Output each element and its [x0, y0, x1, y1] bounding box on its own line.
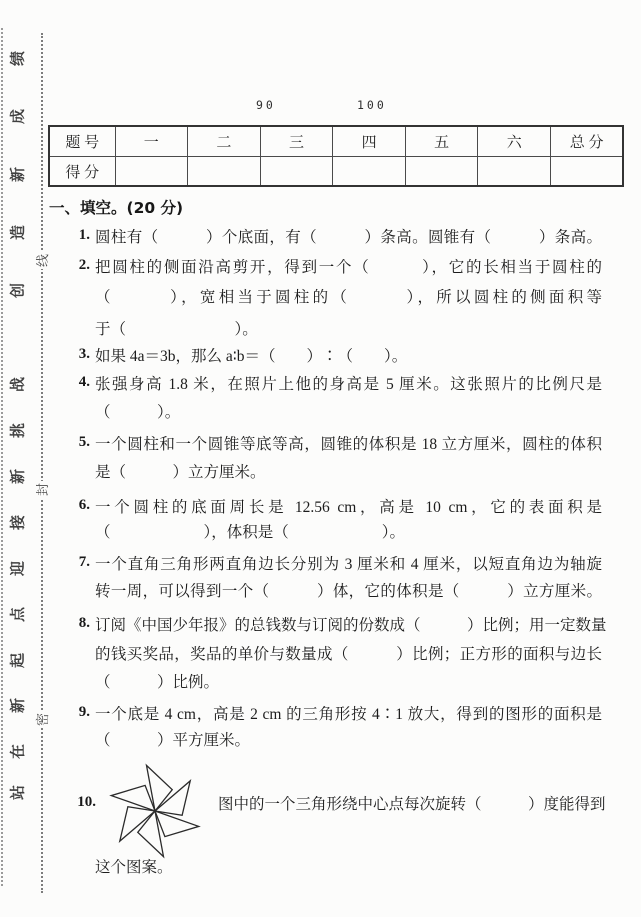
margin-slogan-char: 迎 — [7, 558, 28, 580]
margin-slogan-char: 在 — [7, 741, 28, 763]
question-line: （ ），宽相当于圆柱的（ ），所以圆柱的侧面积等 — [95, 287, 602, 309]
score-table-header-cell: 总 分 — [551, 126, 624, 157]
margin-slogan-char: 起 — [7, 650, 28, 672]
score-table-score-row: 得 分 — [49, 157, 623, 187]
question-line: 圆柱有（ ）个底面，有（ ）条高。圆锥有（ ）条高。 — [95, 227, 602, 249]
question-line: 把圆柱的侧面沿高剪开，得到一个（ ），它的长相当于圆柱的 — [95, 257, 602, 279]
score-table-header-cell: 题 号 — [49, 126, 115, 157]
question-number: 5. — [62, 434, 90, 451]
score-cell — [405, 157, 478, 187]
score-cell — [478, 157, 551, 187]
seal-dotted-line — [41, 33, 43, 893]
score-cell — [551, 157, 624, 187]
margin-slogan-char: 点 — [7, 604, 28, 626]
score-cell — [188, 157, 261, 187]
margin-slogan-char: 新 — [7, 164, 28, 186]
seal-char-xian: 线 — [29, 252, 54, 269]
question-line: （ ）比例。 — [95, 672, 602, 694]
section-title: 一、填空。(20 分) — [49, 196, 183, 218]
scale-mark-90: 90 — [256, 98, 276, 112]
score-table-header-cell: 五 — [405, 126, 478, 157]
question-number: 4. — [62, 374, 90, 391]
question-number: 8. — [62, 615, 90, 632]
question-line: 的钱买奖品，奖品的单价与数量成（ ）比例；正方形的面积与边长 — [95, 644, 602, 666]
score-table-header-cell: 三 — [260, 126, 333, 157]
score-table-header-cell: 四 — [333, 126, 406, 157]
question-number: 9. — [62, 704, 90, 721]
question-line: （ ），体积是（ ）。 — [95, 522, 602, 544]
question-line: 订阅《中国少年报》的总钱数与订阅的份数成（ ）比例；用一定数量 — [95, 615, 602, 637]
exam-paper-page: 绩 成 新 造 创 战 挑 新 接 迎 点 起 新 在 站 线 封 密 90 1… — [0, 0, 641, 917]
question-line: 这个图案。 — [95, 857, 602, 879]
score-table-header-cell: 六 — [478, 126, 551, 157]
margin-slogan-char: 绩 — [7, 48, 28, 70]
question-line: 转一周，可以得到一个（ ）体，它的体积是（ ）立方厘米。 — [95, 581, 602, 603]
question-line: 如果 4a＝3b，那么 a∶b＝（ ）∶（ ）。 — [95, 346, 602, 368]
pinwheel-triangles-figure — [98, 760, 212, 862]
seal-char-mi: 密 — [29, 711, 54, 728]
question-number: 6. — [62, 497, 90, 514]
margin-slogan-char: 站 — [7, 782, 28, 804]
margin-slogan-char: 创 — [7, 280, 28, 302]
question-line: （ ）平方厘米。 — [95, 730, 602, 752]
page-edge-dotted-line — [1, 28, 3, 886]
question-number: 1. — [62, 227, 90, 244]
question-line: 于（ ）。 — [95, 319, 602, 341]
margin-slogan-char: 战 — [7, 374, 28, 396]
score-table-header-cell: 二 — [188, 126, 261, 157]
question-line: 张强身高 1.8 米，在照片上他的身高是 5 厘米。这张照片的比例尺是 — [95, 374, 602, 396]
score-row-label: 得 分 — [49, 157, 115, 187]
question-number: 2. — [62, 257, 90, 274]
question-number: 10. — [62, 794, 96, 811]
question-line: 图中的一个三角形绕中心点每次旋转（ ）度能得到 — [218, 794, 602, 816]
question-line: （ ）。 — [95, 402, 602, 424]
question-line: 是（ ）立方厘米。 — [95, 462, 602, 484]
seal-char-feng: 封 — [29, 481, 54, 498]
question-number: 7. — [62, 554, 90, 571]
score-cell — [115, 157, 188, 187]
question-line: 一个底是 4 cm，高是 2 cm 的三角形按 4∶1 放大，得到的图形的面积是 — [95, 704, 602, 726]
score-table: 题 号 一 二 三 四 五 六 总 分 得 分 — [48, 125, 624, 187]
margin-slogan-char: 接 — [7, 512, 28, 534]
margin-slogan-char: 新 — [7, 466, 28, 488]
scale-mark-100: 100 — [357, 98, 387, 112]
score-table-header-cell: 一 — [115, 126, 188, 157]
question-line: 一个圆柱的底面周长是 12.56 cm，高是 10 cm，它的表面积是 — [95, 497, 602, 519]
margin-slogan-char: 新 — [7, 695, 28, 717]
question-line: 一个圆柱和一个圆锥等底等高，圆锥的体积是 18 立方厘米，圆柱的体积 — [95, 434, 602, 456]
margin-slogan-char: 挑 — [7, 420, 28, 442]
margin-slogan-char: 造 — [7, 222, 28, 244]
score-cell — [260, 157, 333, 187]
score-cell — [333, 157, 406, 187]
question-number: 3. — [62, 346, 90, 363]
question-line: 一个直角三角形两直角边长分别为 3 厘米和 4 厘米，以短直角边为轴旋 — [95, 554, 602, 576]
margin-slogan-char: 成 — [7, 106, 28, 128]
score-table-header-row: 题 号 一 二 三 四 五 六 总 分 — [49, 126, 623, 157]
